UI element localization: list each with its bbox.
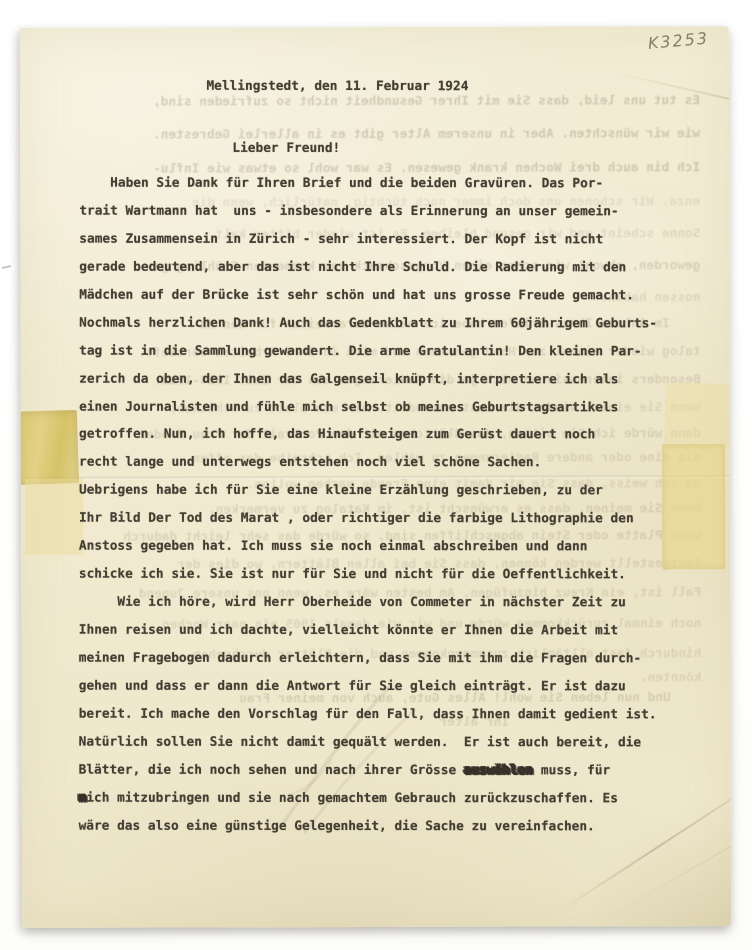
salutation: Lieber Freund! [232,141,340,156]
letter-line: Anstoss gegeben hat. Ich muss sie noch e… [79,539,714,568]
letter-line: zerich da oben, der Ihnen das Galgenseil… [79,371,714,400]
letter-line: gerade bedeutend, aber das ist nicht Ihr… [79,259,714,288]
letter-line: sames Zusammensein in Zürich - sehr inte… [79,232,714,261]
letter-line: Nochmals herzlichen Dank! Auch das Geden… [79,315,714,344]
letter-line: meinen Fragebogen dadurch erleichtern, d… [79,651,714,680]
letter-text: Mellingstedt, den 11. Februar 1924 Liebe… [20,27,730,928]
letter-line: Blätter, die ich noch sehen und nach ihr… [79,762,714,791]
letter-page: Es tut uns leid, dass Sie mit Ihrer Gesu… [20,26,731,928]
letter-line: Ihnen reisen und ich dachte, vielleicht … [79,623,714,652]
letter-line: trait Wartmann hat uns - insbesondere al… [79,204,714,233]
letter-line: getroffen. Nun, ich hoffe, das Hinaufste… [79,427,714,456]
overstrike-correction: m [79,790,87,805]
letter-line: schicke ich sie. Sie ist nur für Sie und… [79,567,714,596]
dateline: Mellingstedt, den 11. Februar 1924 [206,79,468,94]
letter-line: Uebrigens habe ich für Sie eine kleine E… [79,483,714,512]
letter-line: einen Journalisten und fühle mich selbst… [79,399,714,428]
scan-background: Es tut uns leid, dass Sie mit Ihrer Gesu… [0,0,752,950]
letter-line: wäre das also eine günstige Gelegenheit,… [79,818,714,847]
letter-line: recht lange und unterwegs entstehen noch… [79,455,714,484]
letter-line: Natürlich sollen Sie nicht damit gequält… [79,734,714,763]
letter-line: bereit. Ich mache den Vorschlag für den … [79,706,714,735]
dust-speck [2,265,11,269]
letter-line: Mädchen auf der Brücke ist sehr schön un… [79,287,714,316]
overstrike-correction: auswählen [464,763,533,778]
letter-body: Haben Sie Dank für Ihren Brief und die b… [79,176,715,847]
letter-line: tag ist in die Sammlung gewandert. Die a… [79,343,714,372]
letter-line: Ihr Bild Der Tod des Marat , oder richti… [79,511,714,540]
letter-line: gehen und dass er dann die Antwort für S… [79,679,714,708]
letter-line: Haben Sie Dank für Ihren Brief und die b… [79,176,714,205]
letter-line: mich mitzubringen und sie nach gemachtem… [79,790,714,819]
letter-line: Wie ich höre, wird Herr Oberheide von Co… [79,595,714,624]
